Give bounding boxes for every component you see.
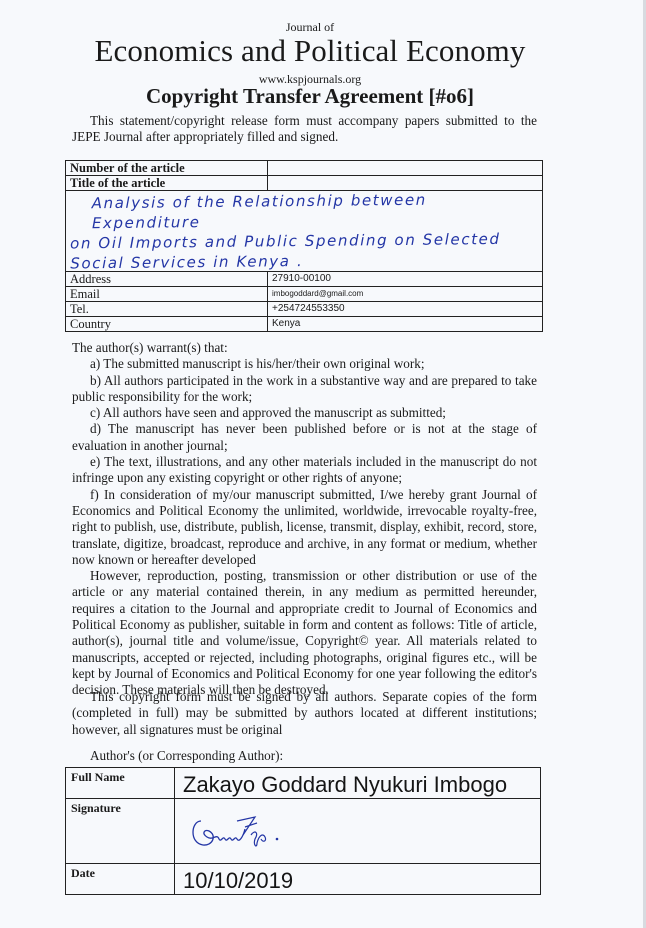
journal-name: Economics and Political Economy xyxy=(0,33,620,69)
tel-field[interactable]: +254724553350 xyxy=(268,302,543,317)
warranty-item-b: b) All authors participated in the work … xyxy=(72,373,537,406)
full-name-field[interactable]: Zakayo Goddard Nyukuri Imbogo xyxy=(175,768,541,799)
form-title: Copyright Transfer Agreement [#o6] xyxy=(0,84,620,109)
table-row: Analysis of the Relationship between Exp… xyxy=(66,191,543,272)
warranty-section: The author(s) warrant(s) that: a) The su… xyxy=(72,340,537,699)
warranty-item-f: f) In consideration of my/our manuscript… xyxy=(72,487,537,568)
table-row: Email imbogoddard@gmail.com xyxy=(66,287,543,302)
signature-mark xyxy=(187,809,297,853)
article-title-label: Title of the article xyxy=(66,176,268,191)
author-heading: Author's (or Corresponding Author): xyxy=(90,748,283,764)
address-field[interactable]: 27910-00100 xyxy=(268,272,543,287)
warranty-intro: The author(s) warrant(s) that: xyxy=(72,340,537,356)
table-row: Signature xyxy=(66,799,541,864)
table-row: Tel. +254724553350 xyxy=(66,302,543,317)
warranty-item-c: c) All authors have seen and approved th… xyxy=(72,405,537,421)
date-field[interactable]: 10/10/2019 xyxy=(175,864,541,895)
article-number-field[interactable] xyxy=(268,161,543,176)
email-label: Email xyxy=(66,287,268,302)
handwritten-title: Analysis of the Relationship between Exp… xyxy=(70,189,539,274)
email-field[interactable]: imbogoddard@gmail.com xyxy=(268,287,543,302)
intro-paragraph: This statement/copyright release form mu… xyxy=(72,113,537,145)
table-row: Date 10/10/2019 xyxy=(66,864,541,895)
table-row: Number of the article xyxy=(66,161,543,176)
reproduction-paragraph: However, reproduction, posting, transmis… xyxy=(72,568,537,698)
country-field[interactable]: Kenya xyxy=(268,317,543,332)
handwritten-line: Social Services in Kenya . xyxy=(70,249,538,274)
closing-paragraph: This copyright form must be signed by al… xyxy=(72,689,537,738)
article-title-field[interactable]: Analysis of the Relationship between Exp… xyxy=(66,191,543,272)
signature-field[interactable] xyxy=(175,799,541,864)
table-row: Country Kenya xyxy=(66,317,543,332)
address-label: Address xyxy=(66,272,268,287)
warranty-item-a: a) The submitted manuscript is his/her/t… xyxy=(72,356,537,372)
table-row: Full Name Zakayo Goddard Nyukuri Imbogo xyxy=(66,768,541,799)
date-label: Date xyxy=(66,864,175,895)
article-number-label: Number of the article xyxy=(66,161,268,176)
table-row: Address 27910-00100 xyxy=(66,272,543,287)
article-info-table: Number of the article Title of the artic… xyxy=(65,160,543,332)
copyright-form-page: Journal of Economics and Political Econo… xyxy=(0,0,646,928)
full-name-label: Full Name xyxy=(66,768,175,799)
closing-section: This copyright form must be signed by al… xyxy=(72,689,537,738)
tel-label: Tel. xyxy=(66,302,268,317)
warranty-item-e: e) The text, illustrations, and any othe… xyxy=(72,454,537,487)
warranty-item-d: d) The manuscript has never been publish… xyxy=(72,421,537,454)
author-table: Full Name Zakayo Goddard Nyukuri Imbogo … xyxy=(65,767,541,895)
handwritten-line: Analysis of the Relationship between Exp… xyxy=(70,189,538,234)
country-label: Country xyxy=(66,317,268,332)
signature-label: Signature xyxy=(66,799,175,864)
